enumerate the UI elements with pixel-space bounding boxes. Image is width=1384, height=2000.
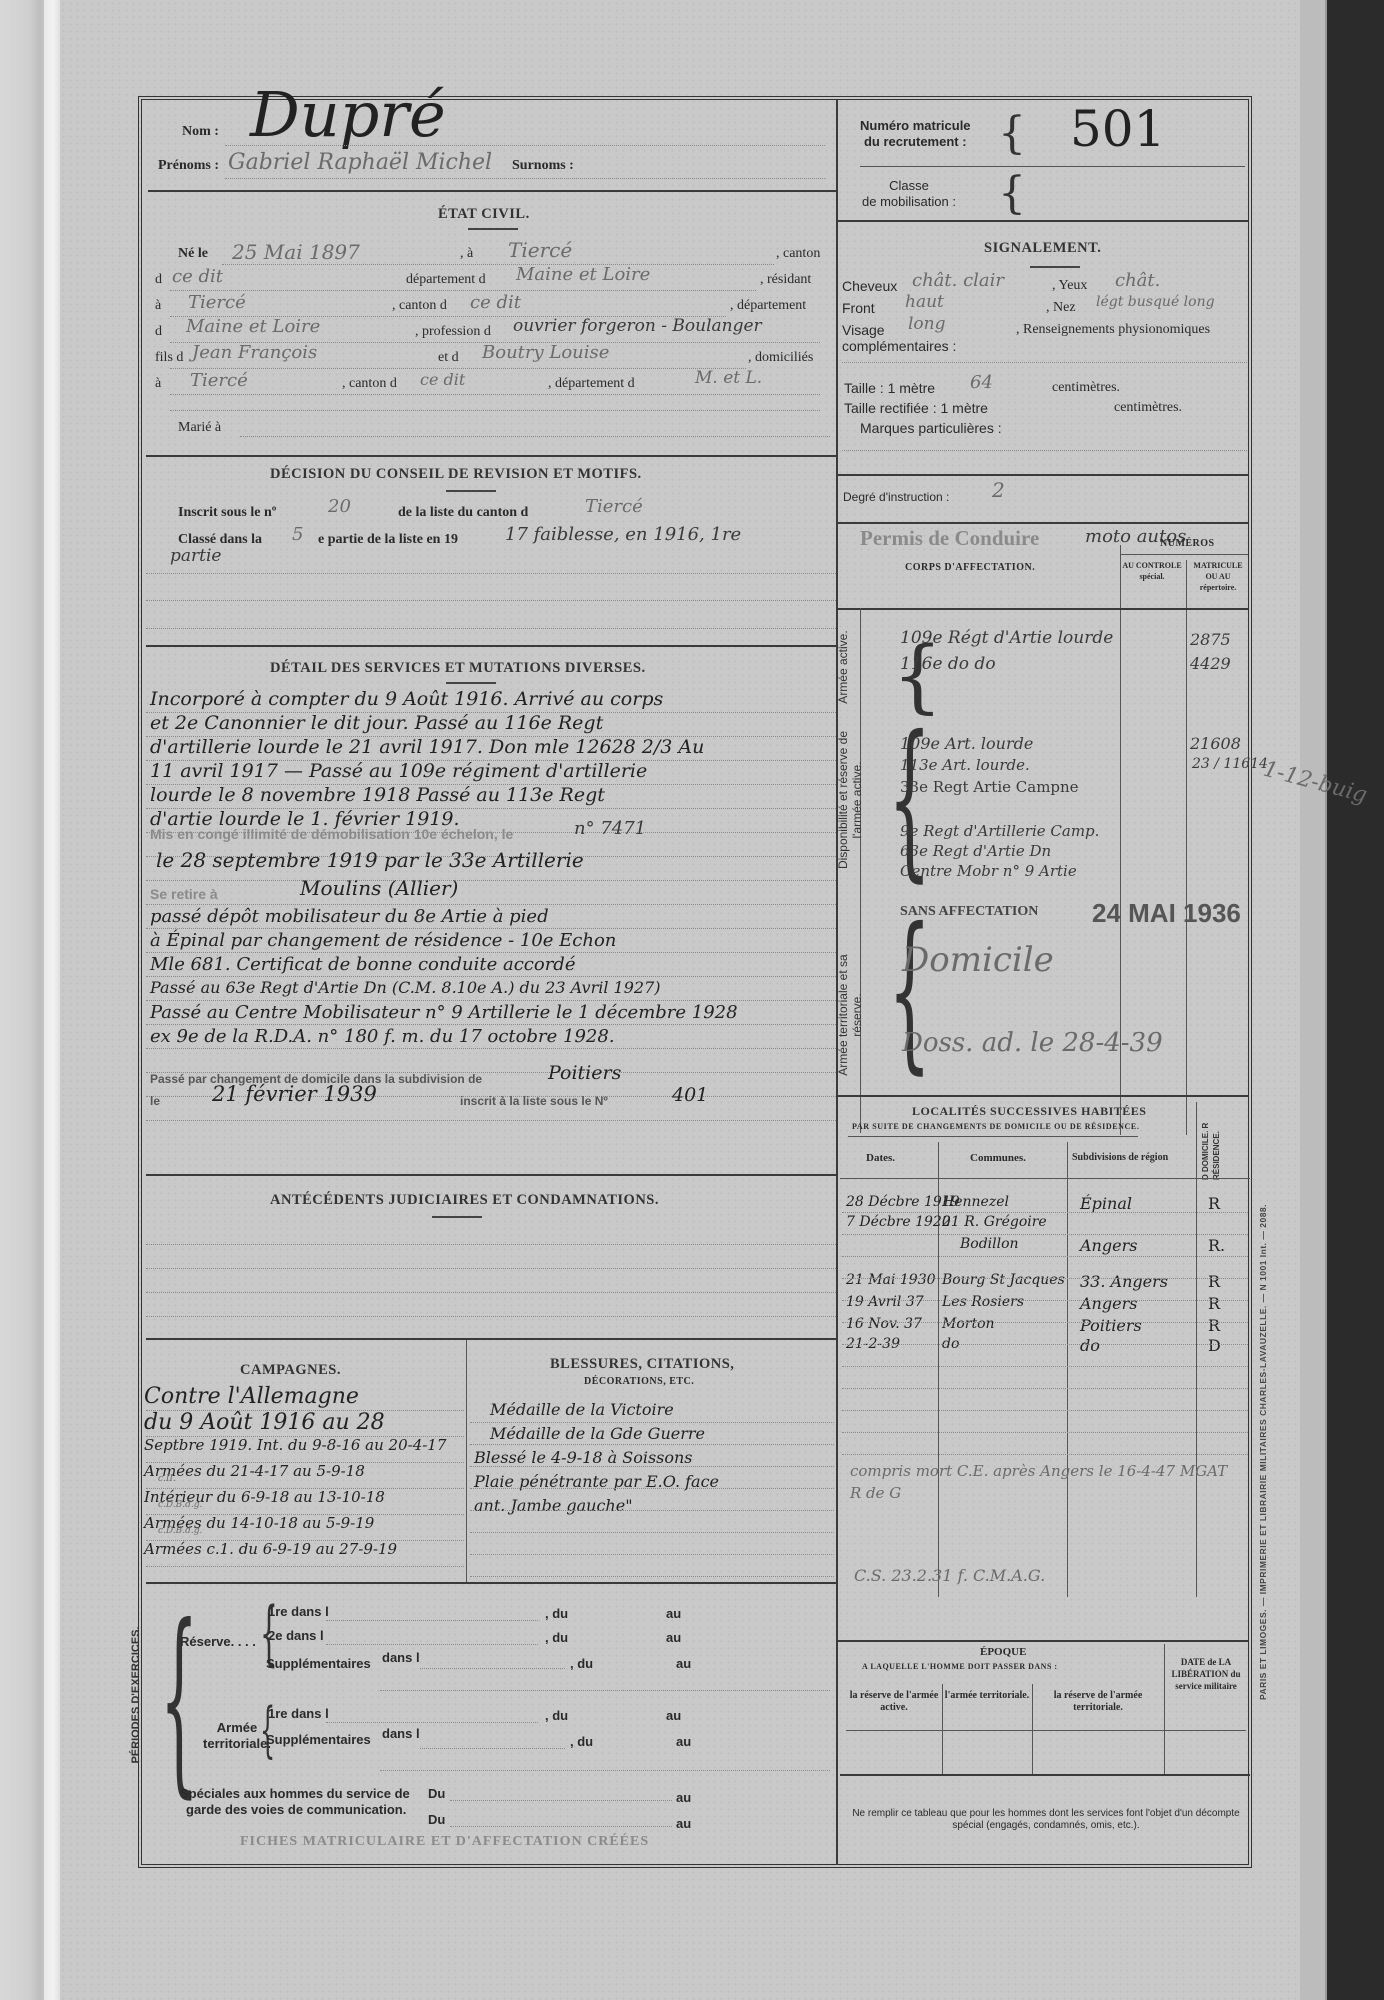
d2-value: Maine et Loire [186, 316, 320, 337]
dotted-line [842, 1410, 1248, 1411]
prenoms-value: Gabriel Raphaël Michel [228, 150, 492, 175]
au-label: au [666, 1606, 681, 1621]
d2-label: d [155, 324, 162, 340]
campagne-entry: Septbre 1919. Int. du 9-8-16 au 20-4-17 [144, 1436, 446, 1454]
dotted-line [470, 1422, 834, 1423]
dotted-line [146, 928, 836, 929]
taille-label: Taille : 1 mètre [844, 380, 935, 396]
localite-type: R [1208, 1194, 1220, 1213]
localite-date: 16 Nov. 37 [846, 1316, 922, 1332]
localite-subdivision: Poitiers [1080, 1316, 1142, 1335]
a2-label: à [155, 298, 161, 314]
du-label: , du [545, 1606, 568, 1621]
service-line-28sept: le 28 septembre 1919 par le 33e Artiller… [156, 848, 584, 872]
localite-commune: Morton [942, 1316, 995, 1332]
dispo-row-3: 33e Regt Artie Campne [900, 778, 1079, 796]
loc-header-communes: Communes. [970, 1152, 1026, 1164]
localite-type: R [1208, 1316, 1220, 1335]
renseignements-label: , Renseignements physionomiques [1016, 322, 1210, 338]
dotted-line [380, 1770, 830, 1771]
epoque-col-territoriale: l'armée territoriale. [944, 1690, 1030, 1702]
service-entry: ex 9e de la R.D.A. n° 180 f. m. du 17 oc… [150, 1026, 615, 1047]
column-divider [1164, 1644, 1165, 1774]
section-territoriale-label: Armée territoriale et sa réserve. [836, 940, 864, 1090]
decision-title: DÉCISION DU CONSEIL DE REVISION ET MOTIF… [270, 466, 642, 483]
rule [146, 1582, 836, 1584]
localite-subdivision: Angers [1080, 1236, 1137, 1255]
dispo-row-5: 63e Regt d'Artie Dn [900, 842, 1051, 860]
dotted-line [225, 145, 825, 146]
title-underline [432, 1216, 482, 1218]
antecedents-title: ANTÉCÉDENTS JUDICIAIRES ET CONDAMNATIONS… [270, 1192, 659, 1209]
profession-value: ouvrier forgeron - Boulanger [513, 316, 762, 336]
dispo-row-6: Centre Mobr n° 9 Artie [900, 862, 1077, 880]
territoriale-supplementaires: Supplémentaires [266, 1732, 371, 1747]
fiches-creees-stamp: FICHES MATRICULAIRE ET D'AFFECTATION CRÉ… [240, 1834, 649, 1850]
localite-date: 19 Avril 37 [846, 1294, 924, 1310]
title-underline [446, 682, 496, 684]
reserve-dans: dans l [382, 1650, 420, 1665]
campagne-note: c.D.B.d.g. [158, 1526, 202, 1536]
classe-dans-value: 5 [292, 524, 303, 545]
du-label: , du [545, 1630, 568, 1645]
section-dispo-label: Disponibilité et réserve de l'armée acti… [836, 710, 864, 890]
dotted-line [842, 1344, 1248, 1345]
localite-commune: Hennezel [942, 1194, 1009, 1210]
rule [848, 1136, 1138, 1137]
epoque-col-liberation: DATE de LA LIBÉRATION du service militai… [1166, 1656, 1246, 1692]
sans-affectation-date: 24 MAI 1936 [1092, 898, 1241, 929]
dispo-row-4: 9e Regt d'Artillerie Camp. [900, 822, 1099, 840]
dotted-line [146, 784, 836, 785]
liste-value: Tiercé [585, 496, 643, 517]
yeux-label: , Yeux [1052, 278, 1087, 294]
rule [838, 474, 1248, 476]
inscrit-liste-value: 401 [672, 1084, 708, 1106]
nom-label: Nom : [182, 124, 219, 140]
dotted-line [146, 1410, 464, 1411]
blessure-entry: Blessé le 4-9-18 à Soissons [474, 1448, 693, 1467]
localite-type: R. [1208, 1236, 1225, 1255]
taille-rectifiee-label: Taille rectifiée : 1 mètre [844, 400, 988, 416]
au-label: au [676, 1816, 691, 1831]
dotted-line [842, 1300, 1248, 1301]
dotted-line [842, 1432, 1248, 1433]
dotted-line [146, 880, 836, 881]
dotted-line [146, 1120, 836, 1121]
partie-cont: partie [170, 546, 221, 566]
nom-value: Dupré [250, 78, 446, 151]
dotted-line [146, 952, 836, 953]
localites-title: LOCALITÉS SUCCESSIVES HABITÉES [912, 1104, 1146, 1119]
degre-label: Degré d'instruction : [843, 490, 949, 504]
ne-le-value: 25 Mai 1897 [232, 240, 360, 264]
periodes-label: PÉRIODES D'EXERCICES. [130, 1610, 143, 1780]
dotted-line [146, 1268, 836, 1269]
localite-subdivision: Épinal [1080, 1194, 1132, 1213]
epoque-title: ÉPOQUE [980, 1646, 1026, 1658]
rule [840, 1774, 1250, 1776]
service-entry: et 2e Canonnier le dit jour. Passé au 11… [150, 712, 603, 734]
blessures-pencil-note-2: C.S. 23.2.31 f. C.M.A.G. [854, 1566, 1045, 1585]
localite-type: R [1208, 1294, 1220, 1313]
rule [1120, 554, 1248, 555]
campagne-entry: du 9 Août 1916 au 28 [144, 1410, 385, 1435]
a3-label: à [155, 376, 161, 392]
et-value: Boutry Louise [482, 342, 609, 363]
printer-imprint: PARIS ET LIMOGES. — IMPRIMERIE ET LIBRAI… [1258, 1204, 1268, 1700]
col-matricule: MATRICULE OU AU répertoire. [1188, 560, 1248, 593]
blessure-entry: Médaille de la Victoire [490, 1400, 674, 1419]
classe-label: Classede mobilisation : [862, 178, 956, 210]
visage-label: Visage [842, 322, 885, 338]
localite-date: 7 Décbre 1920 [846, 1214, 951, 1230]
brace: { [998, 168, 1026, 219]
rule [840, 1178, 1250, 1179]
dotted-line [146, 904, 836, 905]
dotted-line [146, 1462, 464, 1463]
rule [838, 1640, 1248, 1642]
matricule-label-1: Numéro matricule [860, 118, 971, 133]
brace: { [160, 1600, 198, 1800]
service-entry: Mle 681. Certificat de bonne conduite ac… [150, 954, 575, 975]
dotted-line [842, 1234, 1248, 1235]
le-label: le [150, 1094, 160, 1108]
residant-label: , résidant [760, 272, 811, 288]
mis-en-conge-value: n° 7471 [574, 818, 646, 839]
localite-commune: Les Rosiers [942, 1294, 1024, 1310]
reserve-row-1: 1re dans l [268, 1604, 329, 1619]
rule [860, 166, 1245, 167]
du-label: , du [570, 1734, 593, 1749]
dotted-line [842, 1366, 1248, 1367]
se-retire-stamp: Se retire à [150, 886, 218, 902]
section-active-label: Armée active. [836, 622, 850, 712]
reserve-row-2: 2e dans l [268, 1628, 324, 1643]
localite-commune: Bourg St Jacques [942, 1272, 1065, 1288]
dotted-line [146, 1316, 836, 1317]
a-value: Tiercé [508, 238, 572, 262]
liste-label: de la liste du canton d [398, 505, 528, 521]
cheveux-value: chât. clair [912, 270, 1004, 291]
dotted-line [326, 1620, 538, 1621]
au-label: au [666, 1708, 681, 1723]
campagne-note: c.D.B.d.g. [158, 1500, 202, 1510]
rule [146, 455, 836, 457]
campagne-entry: Contre l'Allemagne [144, 1384, 359, 1409]
loc-header-subdivisions: Subdivisions de région [1072, 1152, 1168, 1163]
sheet-edge [1300, 0, 1327, 2000]
canton3-label: , canton d [342, 376, 397, 392]
column-divider [1067, 1142, 1068, 1597]
blessures-subtitle: DÉCORATIONS, ETC. [584, 1376, 694, 1387]
reserve-label: Réserve. . . . [180, 1634, 256, 1649]
territoriale-row-1: 1re dans l [268, 1706, 329, 1721]
dotted-line [146, 736, 836, 737]
du-label: , du [545, 1708, 568, 1723]
dotted-line [470, 1488, 834, 1489]
d1-label: d [155, 272, 162, 288]
dispo-row-2: 113e Art. lourde. [900, 756, 1030, 774]
blessure-entry: ant. Jambe gauche" [474, 1496, 633, 1515]
localite-subdivision: Angers [1080, 1294, 1137, 1313]
dispo-matricule-2: 23 / 11614 [1192, 756, 1268, 772]
dotted-line [146, 1048, 836, 1049]
loc-header-dates: Dates. [866, 1152, 895, 1164]
inscrit-value: 20 [328, 496, 351, 517]
column-divider [1186, 560, 1187, 1135]
dotted-line [842, 362, 1247, 363]
complementaires-label: complémentaires : [842, 338, 956, 354]
classe-label-2: de mobilisation : [862, 194, 956, 209]
service-entry: à Épinal par changement de résidence - 1… [150, 930, 616, 951]
departement3-label: , département d [548, 376, 635, 392]
partie-value: 17 faiblesse, en 1916, 1re [505, 524, 741, 545]
partie-label: e partie de la liste en 19 [318, 532, 458, 548]
dotted-line [225, 178, 825, 179]
marie-label: Marié à [178, 420, 221, 436]
dotted-line [470, 1510, 834, 1511]
dotted-line [842, 1212, 1248, 1213]
epoque-note: Ne remplir ce tableau que pour les homme… [846, 1808, 1246, 1832]
rule [146, 1338, 836, 1340]
brace: { [998, 108, 1026, 159]
dotted-line [470, 1466, 834, 1467]
col-controle: AU CONTROLE spécial. [1122, 560, 1182, 582]
surnoms-label: Surnoms : [512, 158, 574, 174]
localites-subtitle: PAR SUITE DE CHANGEMENTS DE DOMICILE OU … [852, 1122, 1139, 1131]
rule [148, 190, 836, 192]
du-label: , du [570, 1656, 593, 1671]
dotted-line [450, 1826, 672, 1827]
numeros-title: NUMÉROS [1160, 538, 1215, 549]
au-label: au [676, 1656, 691, 1671]
departement3-value: M. et L. [695, 368, 762, 388]
dotted-line [222, 264, 774, 265]
active-matricule-1: 2875 [1190, 630, 1231, 649]
dotted-line [470, 1532, 834, 1533]
a2-value: Tiercé [188, 292, 246, 313]
du2-label: Du [428, 1812, 445, 1827]
localite-commune: Bodillon [960, 1236, 1019, 1252]
rule [838, 522, 1248, 524]
centimetres-label: centimètres. [1052, 380, 1120, 396]
dotted-line [842, 1322, 1248, 1323]
epoque-subtitle: A LAQUELLE L'HOMME DOIT PASSER DANS : [862, 1662, 1058, 1671]
le-value: 21 février 1939 [212, 1082, 377, 1106]
matricule-value: 501 [1070, 100, 1165, 158]
dotted-line [146, 1488, 464, 1489]
dotted-line [326, 1722, 538, 1723]
matricule-label: Numéro matriculedu recrutement : [860, 118, 971, 150]
dotted-line [146, 1540, 464, 1541]
yeux-value: chât. [1115, 270, 1160, 291]
active-row-1: 109e Régt d'Artie lourde [900, 628, 1113, 648]
territoriale-note-2: Doss. ad. le 28-4-39 [902, 1028, 1163, 1058]
dotted-line [420, 1668, 565, 1669]
service-entry: Passé au Centre Mobilisateur n° 9 Artill… [150, 1002, 738, 1023]
et-label: et d [438, 350, 459, 366]
localite-subdivision: do [1080, 1336, 1100, 1355]
du2-label: Du [428, 1786, 445, 1801]
localite-type: R [1208, 1272, 1220, 1291]
dotted-line [170, 394, 820, 395]
dotted-line [146, 976, 836, 977]
service-entry: Passé au 63e Regt d'Artie Dn (C.M. 8.10e… [150, 978, 661, 997]
service-entry: lourde le 8 novembre 1918 Passé au 113e … [150, 784, 605, 806]
d1-value: ce dit [172, 266, 223, 287]
territoriale-dans: dans l [382, 1726, 420, 1741]
marques-label: Marques particulières : [860, 420, 1002, 436]
blessures-title: BLESSURES, CITATIONS, [550, 1356, 734, 1373]
dotted-line [146, 1024, 836, 1025]
classe-label-1: Classe [889, 178, 929, 193]
territoriale-note-1: Domicile [902, 940, 1054, 980]
column-divider [1196, 1102, 1197, 1597]
au-label: au [666, 1630, 681, 1645]
dotted-line [170, 368, 746, 369]
dotted-line [420, 1748, 565, 1749]
dotted-line [170, 410, 820, 411]
dotted-line [470, 1576, 834, 1577]
blessure-entry: Médaille de la Gde Guerre [490, 1424, 705, 1443]
column-divider [466, 1340, 467, 1582]
epoque-col-reserve-active: la réserve de l'armée active. [848, 1690, 940, 1714]
etat-civil-title: ÉTAT CIVIL. [438, 206, 530, 223]
a3-value: Tiercé [190, 370, 248, 391]
title-underline [1030, 266, 1080, 268]
domicilies-label: , domiciliés [748, 350, 813, 366]
centimetres2-label: centimètres. [1114, 400, 1182, 416]
retire-value: Moulins (Allier) [300, 876, 458, 900]
column-divider [938, 1142, 939, 1597]
canton3-value: ce dit [420, 370, 465, 389]
fils-value: Jean François [192, 342, 317, 363]
dotted-line [470, 1554, 834, 1555]
dotted-line [146, 1514, 464, 1515]
dotted-line [146, 1566, 464, 1567]
canton-label: , canton [776, 246, 820, 262]
dotted-line [842, 1256, 1248, 1257]
campagne-entry: Armées c.1. du 6-9-19 au 27-9-19 [144, 1540, 397, 1558]
dotted-line [146, 1244, 836, 1245]
dotted-line [146, 712, 836, 713]
dotted-line [380, 1690, 830, 1691]
cheveux-label: Cheveux [842, 278, 897, 294]
au-label: au [676, 1790, 691, 1805]
rule [838, 1095, 1248, 1097]
nez-value: légt busqué long [1096, 294, 1215, 310]
service-entry: d'artillerie lourde le 21 avril 1917. Do… [150, 736, 704, 758]
dotted-line [146, 1292, 836, 1293]
dotted-line [326, 1644, 538, 1645]
inscrit-liste-label: inscrit à la liste sous le Nº [460, 1094, 608, 1108]
prenoms-label: Prénoms : [158, 158, 219, 174]
loc-header-dr: D DOMICILE. R RÉSIDENCE. [1200, 1104, 1222, 1180]
speciales-label-1: Spéciales aux hommes du service de [180, 1786, 410, 1801]
active-matricule-2: 4429 [1190, 654, 1231, 673]
blessures-pencil-note-1: compris mort C.E. après Angers le 16-4-4… [850, 1460, 1240, 1504]
title-underline [468, 228, 518, 230]
dotted-line [146, 808, 836, 809]
departement-label: département d [406, 272, 486, 288]
localite-commune: 21 R. Grégoire [942, 1214, 1047, 1230]
degre-value: 2 [992, 478, 1005, 502]
dotted-line [842, 1388, 1248, 1389]
rule [146, 1174, 836, 1176]
rule [146, 645, 836, 647]
localite-subdivision: 33. Angers [1080, 1272, 1168, 1291]
rule [846, 1730, 1246, 1731]
dispo-row-1: 109e Art. lourde [900, 734, 1033, 753]
departement-value: Maine et Loire [516, 264, 650, 285]
service-entry: 11 avril 1917 — Passé au 109e régiment d… [150, 760, 647, 782]
inscrit-label: Inscrit sous le nº [178, 505, 276, 521]
passe-value: Poitiers [548, 1062, 621, 1084]
ne-le-label: Né le [178, 246, 208, 262]
matricule-label-2: du recrutement : [864, 134, 967, 149]
campagnes-title: CAMPAGNES. [240, 1362, 341, 1379]
column-divider [1032, 1684, 1033, 1774]
active-row-2: 116e do do [900, 654, 996, 674]
front-value: haut [905, 292, 944, 312]
canton2-value: ce dit [470, 292, 521, 313]
title-underline [446, 490, 496, 492]
campagne-note: c.II. [158, 1474, 176, 1484]
dispo-matricule-1: 21608 [1190, 734, 1241, 753]
dotted-line [170, 290, 756, 291]
nez-label: , Nez [1046, 300, 1076, 316]
campagne-entry: Armées du 21-4-17 au 5-9-18 [144, 1462, 365, 1480]
dotted-line [146, 1000, 836, 1001]
epoque-col-reserve-territoriale: la réserve de l'armée territoriale. [1034, 1690, 1162, 1714]
dotted-line [842, 450, 1247, 451]
service-entry: passé dépôt mobilisateur du 8e Artie à p… [150, 906, 549, 927]
service-entry: Incorporé à compter du 9 Août 1916. Arri… [150, 688, 663, 710]
dotted-line [146, 760, 836, 761]
mis-en-conge-stamp: Mis en congé illimité de démobilisation … [150, 826, 513, 842]
dotted-line [842, 1454, 1248, 1455]
rule [838, 220, 1248, 222]
permis-stamp: Permis de Conduire [860, 526, 1039, 551]
dotted-line [146, 573, 836, 574]
front-label: Front [842, 300, 875, 316]
profession-label: , profession d [415, 324, 491, 340]
column-divider [942, 1684, 943, 1774]
au-label: au [676, 1734, 691, 1749]
a-label: , à [460, 246, 473, 262]
dotted-line [842, 1278, 1248, 1279]
dotted-line [146, 628, 836, 629]
rule [838, 608, 1248, 610]
dotted-line [240, 436, 830, 437]
dotted-line [450, 1800, 672, 1801]
fils-label: fils d [155, 350, 183, 366]
taille-value: 64 [970, 372, 993, 393]
signalement-title: SIGNALEMENT. [984, 240, 1101, 257]
visage-value: long [908, 314, 946, 334]
localite-date: 21 Mai 1930 [846, 1272, 936, 1288]
dotted-line [470, 1444, 834, 1445]
dotted-line [146, 600, 836, 601]
dotted-line [146, 1436, 464, 1437]
services-title: DÉTAIL DES SERVICES ET MUTATIONS DIVERSE… [270, 660, 646, 677]
speciales-label-2: garde des voies de communication. [186, 1802, 406, 1817]
departement2-label: , département [730, 298, 806, 314]
localite-type: D [1208, 1336, 1221, 1355]
canton2-label: , canton d [392, 298, 447, 314]
corps-title: CORPS D'AFFECTATION. [905, 562, 1035, 573]
